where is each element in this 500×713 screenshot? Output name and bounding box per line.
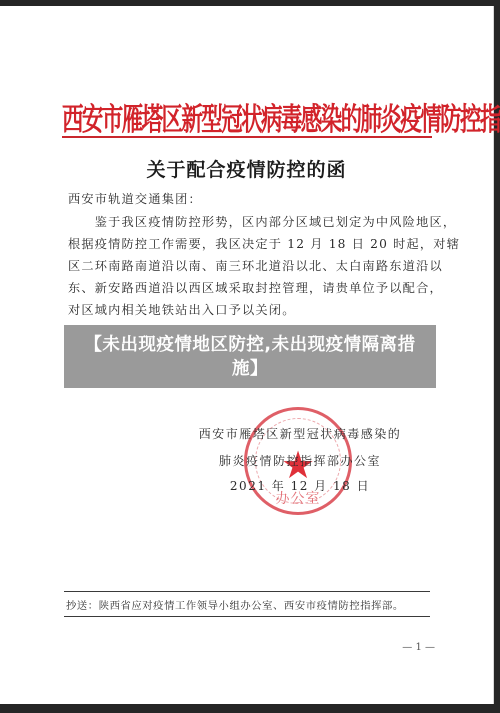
- signature-date: 2021 年 12 月 18 日: [180, 477, 420, 494]
- paragraph-line: 根据疫情防控工作需要，我区决定于 12 月 18 日 20 时起，对辖: [68, 233, 438, 255]
- body-paragraph: 鉴于我区疫情防控形势，区内部分区域已划定为中风险地区， 根据疫情防控工作需要，我…: [68, 211, 438, 321]
- caption-overlay-banner: 【未出现疫情地区防控,未出现疫情隔离措施】: [64, 325, 436, 388]
- issuing-office-header: 西安市雁塔区新型冠状病毒感染的肺炎疫情防控指挥部办公室: [62, 95, 436, 140]
- caption-overlay-text: 【未出现疫情地区防控,未出现疫情隔离措施】: [74, 333, 426, 381]
- signature-line-2: 肺炎疫情防控指挥部办公室: [180, 452, 420, 469]
- recipient-line: 西安市轨道交通集团：: [68, 190, 438, 207]
- cc-divider-bottom: [64, 616, 430, 617]
- cc-distribution-line: 抄送：陕西省应对疫情工作领导小组办公室、西安市疫情防控指挥部。: [66, 597, 404, 612]
- document-title: 关于配合疫情防控的函: [0, 155, 493, 182]
- signature-line-1: 西安市雁塔区新型冠状病毒感染的: [180, 425, 420, 442]
- paragraph-line: 区二环南路南道沿以南、南三环北道沿以北、太白南路东道沿以: [68, 255, 438, 277]
- red-header-rule: [62, 136, 432, 138]
- paragraph-line: 东、新安路西道沿以西区域采取封控管理，请贵单位予以配合，: [68, 277, 438, 299]
- paragraph-line: 鉴于我区疫情防控形势，区内部分区域已划定为中风险地区，: [68, 211, 438, 233]
- paragraph-line: 对区域内相关地铁站出入口予以关闭。: [68, 299, 438, 321]
- page-number: — 1 —: [395, 642, 435, 653]
- image-frame: 西安市雁塔区新型冠状病毒感染的肺炎疫情防控指挥部办公室 关于配合疫情防控的函 西…: [0, 0, 500, 713]
- cc-divider-top: [64, 591, 430, 592]
